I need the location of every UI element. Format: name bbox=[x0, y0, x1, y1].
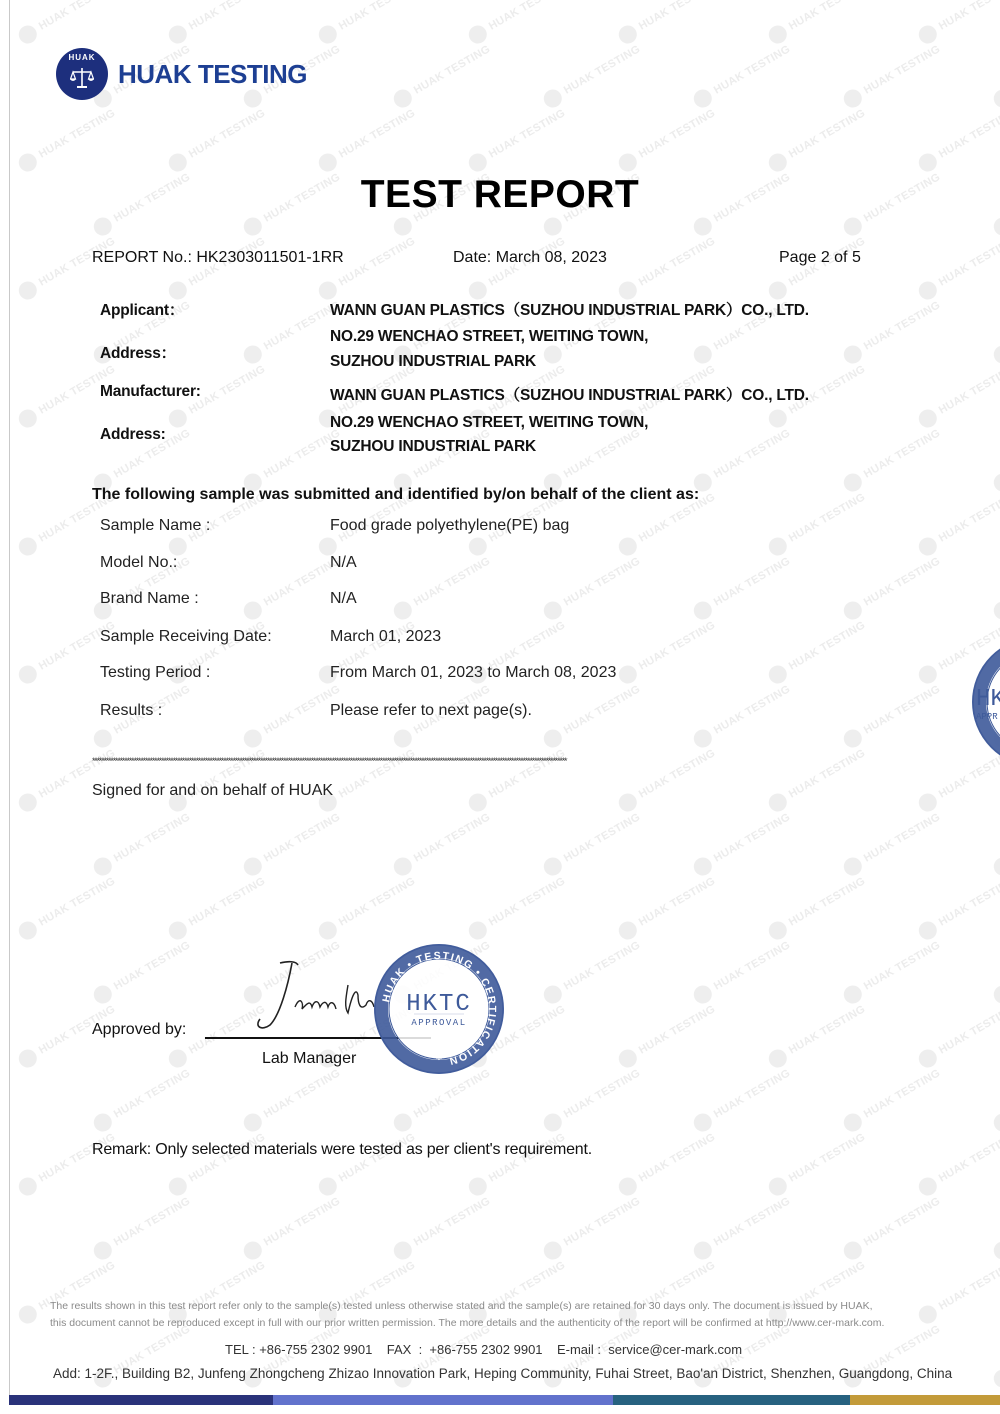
watermark: HUAK TESTING bbox=[16, 873, 119, 943]
footer-color-bar bbox=[9, 1395, 1000, 1405]
watermark: HUAK TESTING bbox=[541, 41, 644, 111]
manufacturer-address-line-2: SUZHOU INDUSTRIAL PARK bbox=[330, 438, 536, 456]
watermark: HUAK TESTING bbox=[466, 105, 569, 175]
watermark: HUAK TESTING bbox=[541, 809, 644, 879]
color-bar-segment bbox=[613, 1395, 850, 1405]
watermark: HUAK TESTING bbox=[241, 809, 344, 879]
watermark: HUAK TESTING bbox=[916, 0, 1000, 47]
watermark: HUAK TESTING bbox=[841, 553, 944, 623]
manufacturer-address-line-1: NO.29 WENCHAO STREET, WEITING TOWN, bbox=[330, 414, 648, 432]
watermark: HUAK TESTING bbox=[691, 1193, 794, 1263]
manufacturer-name: WANN GUAN PLASTICS（SUZHOU INDUSTRIAL PAR… bbox=[330, 383, 809, 405]
watermark: HUAK TESTING bbox=[391, 553, 494, 623]
watermark: HUAK TESTING bbox=[841, 425, 944, 495]
watermark: HUAK TESTING bbox=[541, 681, 644, 751]
disclaimer-line-1: The results shown in this test report re… bbox=[50, 1298, 1000, 1315]
watermark: HUAK TESTING bbox=[541, 1193, 644, 1263]
svg-text:APPR: APPR bbox=[976, 712, 998, 722]
watermark: HUAK TESTING bbox=[916, 1001, 1000, 1071]
watermark: HUAK TESTING bbox=[391, 809, 494, 879]
watermark: HUAK TESTING bbox=[841, 297, 944, 367]
watermark: HUAK TESTING bbox=[391, 425, 494, 495]
signed-statement: Signed for and on behalf of HUAK bbox=[92, 782, 333, 800]
watermark: HUAK TESTING bbox=[166, 0, 269, 47]
watermark: HUAK TESTING bbox=[766, 1001, 869, 1071]
signature-icon bbox=[240, 955, 390, 1035]
watermark: HUAK TESTING bbox=[541, 937, 644, 1007]
report-number: REPORT No.: HK2303011501-1RR bbox=[92, 249, 344, 267]
watermark: HUAK TESTING bbox=[16, 233, 119, 303]
remark-text: Remark: Only selected materials were tes… bbox=[92, 1141, 592, 1159]
watermark: HUAK TESTING bbox=[616, 1129, 719, 1199]
approver-title: Lab Manager bbox=[262, 1050, 356, 1068]
results-label: Results : bbox=[100, 702, 162, 720]
watermark: HUAK TESTING bbox=[991, 1193, 1000, 1263]
watermark: HUAK TESTING bbox=[691, 553, 794, 623]
watermark: HUAK TESTING bbox=[466, 0, 569, 47]
watermark: HUAK TESTING bbox=[916, 105, 1000, 175]
watermark: HUAK TESTING bbox=[616, 233, 719, 303]
watermark: HUAK TESTING bbox=[991, 41, 1000, 111]
watermark: HUAK TESTING bbox=[616, 617, 719, 687]
watermark: HUAK TESTING bbox=[316, 105, 419, 175]
applicant-address-label: Address： bbox=[100, 341, 176, 363]
watermark: HUAK TESTING bbox=[91, 1065, 194, 1135]
scales-of-justice-icon: HUAK bbox=[56, 48, 108, 100]
watermark: HUAK TESTING bbox=[616, 873, 719, 943]
watermark: HUAK TESTING bbox=[241, 1065, 344, 1135]
model-no-value: N/A bbox=[330, 554, 357, 572]
watermark: HUAK TESTING bbox=[766, 1129, 869, 1199]
watermark: HUAK TESTING bbox=[991, 809, 1000, 879]
color-bar-segment bbox=[273, 1395, 613, 1405]
brand-name-value: N/A bbox=[330, 590, 357, 608]
brand-name-label: Brand Name : bbox=[100, 590, 199, 608]
watermark: HUAK TESTING bbox=[391, 41, 494, 111]
company-logo: HUAK HUAK TESTING bbox=[56, 48, 307, 100]
watermark: HUAK TESTING bbox=[16, 105, 119, 175]
watermark: HUAK TESTING bbox=[766, 489, 869, 559]
watermark: HUAK TESTING bbox=[691, 809, 794, 879]
watermark: HUAK TESTING bbox=[991, 937, 1000, 1007]
footer-disclaimer: The results shown in this test report re… bbox=[50, 1298, 1000, 1332]
watermark: HUAK TESTING bbox=[916, 489, 1000, 559]
watermark: HUAK TESTING bbox=[841, 1065, 944, 1135]
watermark: HUAK TESTING bbox=[991, 553, 1000, 623]
watermark: HUAK TESTING bbox=[241, 425, 344, 495]
watermark: HUAK TESTING bbox=[916, 233, 1000, 303]
testing-period-label: Testing Period : bbox=[100, 664, 210, 682]
watermark: HUAK TESTING bbox=[616, 1001, 719, 1071]
receiving-date-label: Sample Receiving Date: bbox=[100, 628, 272, 646]
watermark: HUAK TESTING bbox=[766, 0, 869, 47]
watermark: HUAK TESTING bbox=[616, 105, 719, 175]
watermark: HUAK TESTING bbox=[16, 1129, 119, 1199]
brand-name: HUAK TESTING bbox=[118, 59, 307, 90]
footer-contact: TEL : +86-755 2302 9901 FAX : +86-755 23… bbox=[225, 1342, 742, 1357]
watermark: HUAK TESTING bbox=[916, 1129, 1000, 1199]
sample-name-label: Sample Name : bbox=[100, 517, 210, 535]
watermark: HUAK TESTING bbox=[841, 809, 944, 879]
sample-intro: The following sample was submitted and i… bbox=[92, 486, 699, 504]
watermark: HUAK TESTING bbox=[841, 681, 944, 751]
approved-by-label: Approved by: bbox=[92, 1021, 186, 1039]
watermark: HUAK TESTING bbox=[91, 809, 194, 879]
watermark: HUAK TESTING bbox=[541, 553, 644, 623]
sample-name-value: Food grade polyethylene(PE) bag bbox=[330, 517, 569, 535]
watermark: HUAK TESTING bbox=[991, 425, 1000, 495]
report-date: Date: March 08, 2023 bbox=[453, 249, 607, 267]
watermark: HUAK TESTING bbox=[841, 937, 944, 1007]
watermark: HUAK TESTING bbox=[166, 873, 269, 943]
watermark: HUAK TESTING bbox=[916, 873, 1000, 943]
manufacturer-label: Manufacturer: bbox=[100, 383, 201, 401]
watermark: HUAK TESTING bbox=[241, 297, 344, 367]
disclaimer-line-2: this document cannot be reproduced excep… bbox=[50, 1315, 1000, 1332]
watermark: HUAK TESTING bbox=[466, 1129, 569, 1199]
watermark: HUAK TESTING bbox=[316, 1129, 419, 1199]
manufacturer-address-label: Address: bbox=[100, 426, 166, 444]
applicant-address-line-1: NO.29 WENCHAO STREET, WEITING TOWN, bbox=[330, 328, 648, 346]
footer-address: Add: 1-2F., Building B2, Junfeng Zhongch… bbox=[53, 1366, 952, 1381]
partial-stamp-icon: HK APPR bbox=[970, 635, 1000, 769]
watermark: HUAK TESTING bbox=[166, 1129, 269, 1199]
watermark: HUAK TESTING bbox=[766, 617, 869, 687]
watermark: HUAK TESTING bbox=[691, 681, 794, 751]
model-no-label: Model No.: bbox=[100, 554, 177, 572]
watermark: HUAK TESTING bbox=[16, 0, 119, 47]
watermark: HUAK TESTING bbox=[466, 233, 569, 303]
page-title: TEST REPORT bbox=[0, 173, 1000, 217]
receiving-date-value: March 01, 2023 bbox=[330, 628, 441, 646]
watermark: HUAK TESTING bbox=[841, 41, 944, 111]
watermark: HUAK TESTING bbox=[166, 233, 269, 303]
watermark: HUAK TESTING bbox=[616, 0, 719, 47]
color-bar-segment bbox=[850, 1395, 1000, 1405]
applicant-label: Applicant： bbox=[100, 298, 184, 320]
watermark: HUAK TESTING bbox=[766, 873, 869, 943]
watermark: HUAK TESTING bbox=[241, 553, 344, 623]
color-bar-segment bbox=[9, 1395, 273, 1405]
approval-stamp-icon: HUAK • TESTING • CERTIFICATION HKTC APPR… bbox=[372, 942, 506, 1076]
watermark: HUAK TESTING bbox=[766, 105, 869, 175]
watermark: HUAK TESTING bbox=[991, 1065, 1000, 1135]
watermark: HUAK TESTING bbox=[241, 1193, 344, 1263]
svg-text:HK: HK bbox=[976, 686, 1000, 713]
separator-line: ****************************************… bbox=[92, 756, 888, 766]
watermark: HUAK TESTING bbox=[691, 937, 794, 1007]
watermark: HUAK TESTING bbox=[541, 425, 644, 495]
watermark: HUAK TESTING bbox=[691, 41, 794, 111]
page-indicator: Page 2 of 5 bbox=[779, 249, 861, 267]
watermark: HUAK TESTING bbox=[916, 361, 1000, 431]
watermark: HUAK TESTING bbox=[91, 1193, 194, 1263]
watermark: HUAK TESTING bbox=[241, 681, 344, 751]
testing-period-value: From March 01, 2023 to March 08, 2023 bbox=[330, 664, 616, 682]
watermark: HUAK TESTING bbox=[991, 297, 1000, 367]
watermark: HUAK TESTING bbox=[166, 105, 269, 175]
watermark: HUAK TESTING bbox=[766, 233, 869, 303]
watermark: HUAK TESTING bbox=[691, 425, 794, 495]
applicant-name: WANN GUAN PLASTICS（SUZHOU INDUSTRIAL PAR… bbox=[330, 298, 809, 320]
watermark: HUAK TESTING bbox=[541, 1065, 644, 1135]
watermark: HUAK TESTING bbox=[316, 0, 419, 47]
seal-text: HUAK bbox=[56, 53, 108, 62]
applicant-address-line-2: SUZHOU INDUSTRIAL PARK bbox=[330, 353, 536, 371]
watermark: HUAK TESTING bbox=[391, 1193, 494, 1263]
svg-text:APPROVAL: APPROVAL bbox=[411, 1018, 466, 1028]
results-value: Please refer to next page(s). bbox=[330, 702, 532, 720]
watermark: HUAK TESTING bbox=[91, 937, 194, 1007]
watermark: HUAK TESTING bbox=[316, 873, 419, 943]
watermark: HUAK TESTING bbox=[466, 873, 569, 943]
svg-text:✻: ✻ bbox=[436, 1053, 443, 1062]
watermark: HUAK TESTING bbox=[316, 233, 419, 303]
watermark: HUAK TESTING bbox=[691, 1065, 794, 1135]
watermark: HUAK TESTING bbox=[841, 1193, 944, 1263]
